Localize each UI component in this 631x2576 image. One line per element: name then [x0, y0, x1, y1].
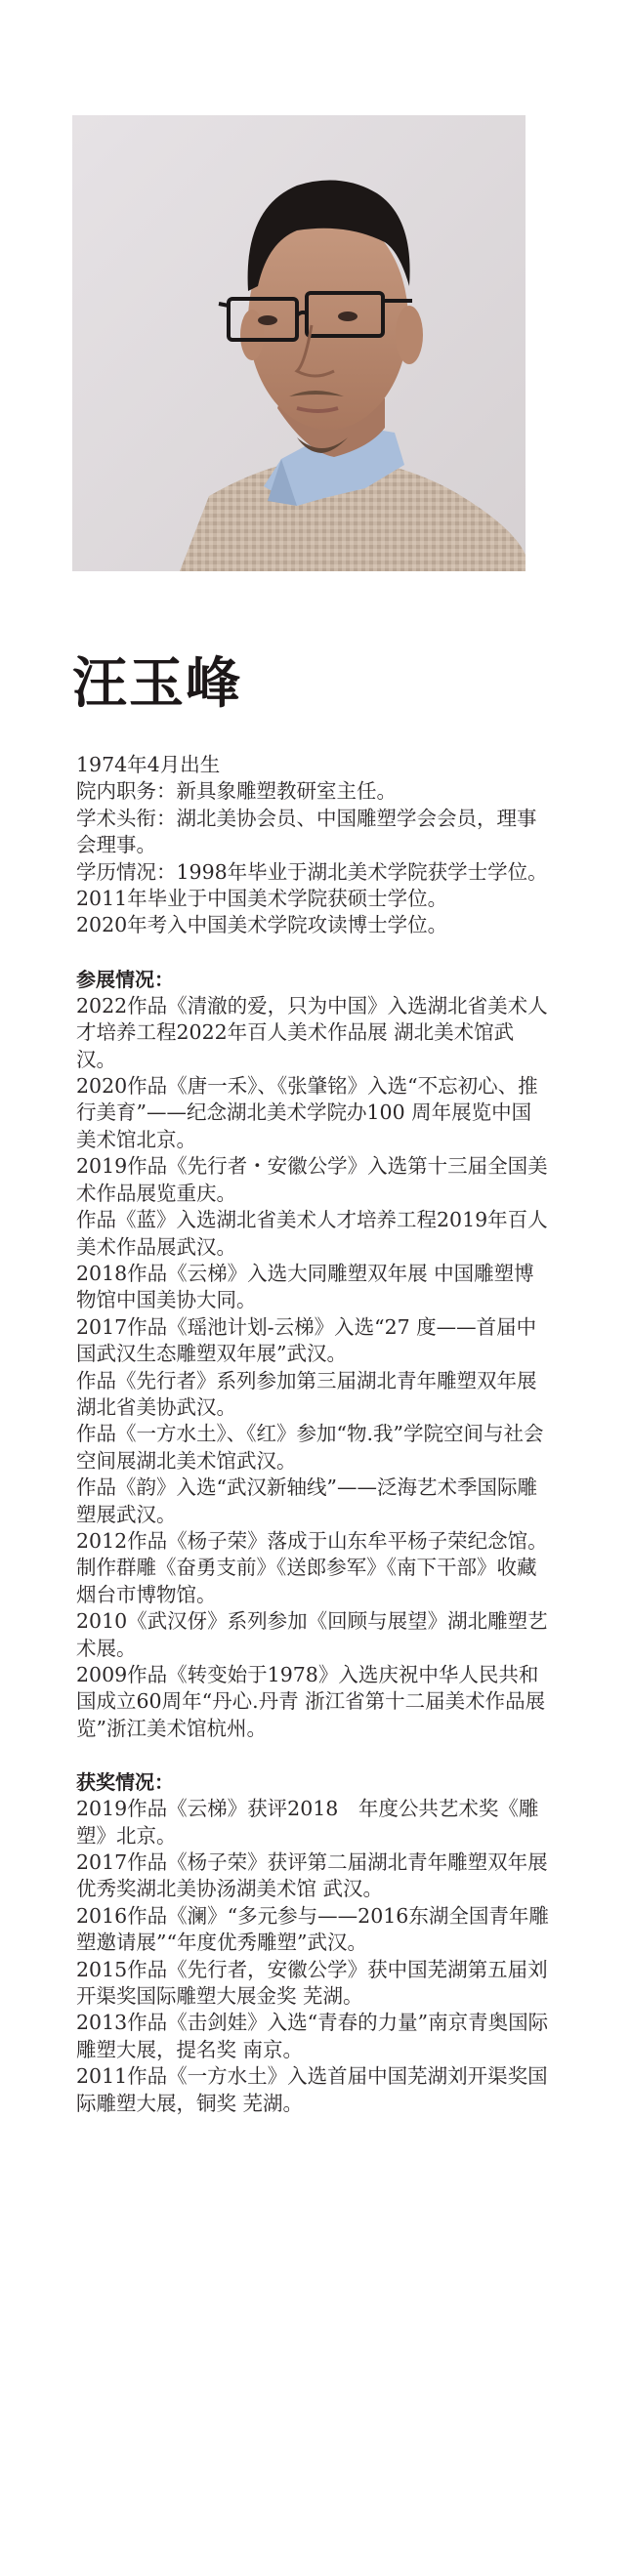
- exhibition-item: 2010《武汉伢》系列参加《回顾与展望》湖北雕塑艺术展。: [76, 1608, 551, 1662]
- exhibition-item: 作品《一方水土》、《红》参加“物.我”学院空间与社会空间展湖北美术馆武汉。: [76, 1421, 551, 1475]
- award-item: 2011作品《一方水土》入选首届中国芜湖刘开渠奖国际雕塑大展，铜奖 芜湖。: [76, 2063, 551, 2117]
- award-item: 2019作品《云梯》获评2018 年度公共艺术奖《雕塑》北京。: [76, 1796, 551, 1849]
- bio-education: 学历情况：1998年毕业于湖北美术学院获学士学位。: [76, 859, 551, 886]
- bio-position: 院内职务：新具象雕塑教研室主任。: [76, 778, 551, 805]
- bio-master-degree: 2011年毕业于中国美术学院获硕士学位。: [76, 886, 551, 912]
- exhibition-item: 作品《韵》入选“武汉新轴线”——泛海艺术季国际雕塑展武汉。: [76, 1475, 551, 1528]
- award-item: 2013作品《击剑娃》入选“青春的力量”南京青奥国际雕塑大展，提名奖 南京。: [76, 2010, 551, 2063]
- award-item: 2016作品《澜》“多元参与——2016东湖全国青年雕塑邀请展”“年度优秀雕塑”…: [76, 1903, 551, 1957]
- exhibition-item: 2012作品《杨子荣》落成于山东牟平杨子荣纪念馆。: [76, 1528, 551, 1555]
- exhibition-item: 2017作品《瑶池计划-云梯》入选“27 度——首届中国武汉生态雕塑双年展”武汉…: [76, 1314, 551, 1368]
- exhibition-item: 2009作品《转变始于1978》入选庆祝中华人民共和国成立60周年“丹心.丹青 …: [76, 1662, 551, 1742]
- exhibition-item: 制作群雕《奋勇支前》《送郎参军》《南下干部》收藏烟台市博物馆。: [76, 1555, 551, 1608]
- biography: 1974年4月出生 院内职务：新具象雕塑教研室主任。 学术头衔：湖北美协会员、中…: [76, 752, 551, 2117]
- bio-birth: 1974年4月出生: [76, 752, 551, 778]
- exhibition-item: 2022作品《清澈的爱，只为中国》入选湖北省美术人才培养工程2022年百人美术作…: [76, 993, 551, 1073]
- awards-heading: 获奖情况：: [76, 1768, 551, 1796]
- artist-name: 汪玉峰: [72, 652, 242, 715]
- spacer: [76, 939, 551, 966]
- awards-section: 获奖情况： 2019作品《云梯》获评2018 年度公共艺术奖《雕塑》北京。 20…: [76, 1768, 551, 2117]
- bio-academic-title: 学术头衔：湖北美协会员、中国雕塑学会会员，理事会理事。: [76, 806, 551, 859]
- exhibition-item: 2018作品《云梯》入选大同雕塑双年展 中国雕塑博物馆中国美协大同。: [76, 1261, 551, 1314]
- exhibitions-section: 参展情况： 2022作品《清澈的爱，只为中国》入选湖北省美术人才培养工程2022…: [76, 966, 551, 1742]
- exhibition-item: 作品《蓝》入选湖北省美术人才培养工程2019年百人美术作品展武汉。: [76, 1207, 551, 1261]
- exhibition-item: 2020作品《唐一禾》、《张肇铭》入选“不忘初心、推行美育”——纪念湖北美术学院…: [76, 1073, 551, 1153]
- spacer: [76, 1742, 551, 1768]
- exhibition-item: 2019作品《先行者・安徽公学》入选第十三届全国美术作品展览重庆。: [76, 1153, 551, 1207]
- portrait-photo: [72, 115, 526, 571]
- award-item: 2015作品《先行者，安徽公学》获中国芜湖第五届刘开渠奖国际雕塑大展金奖 芜湖。: [76, 1957, 551, 2011]
- exhibition-item: 作品《先行者》系列参加第三届湖北青年雕塑双年展湖北省美协武汉。: [76, 1368, 551, 1422]
- exhibitions-heading: 参展情况：: [76, 966, 551, 993]
- portrait-illustration: [72, 115, 526, 571]
- bio-doctoral-study: 2020年考入中国美术学院攻读博士学位。: [76, 912, 551, 938]
- award-item: 2017作品《杨子荣》获评第二届湖北青年雕塑双年展优秀奖湖北美协汤湖美术馆 武汉…: [76, 1849, 551, 1903]
- bio-section: 1974年4月出生 院内职务：新具象雕塑教研室主任。 学术头衔：湖北美协会员、中…: [76, 752, 551, 939]
